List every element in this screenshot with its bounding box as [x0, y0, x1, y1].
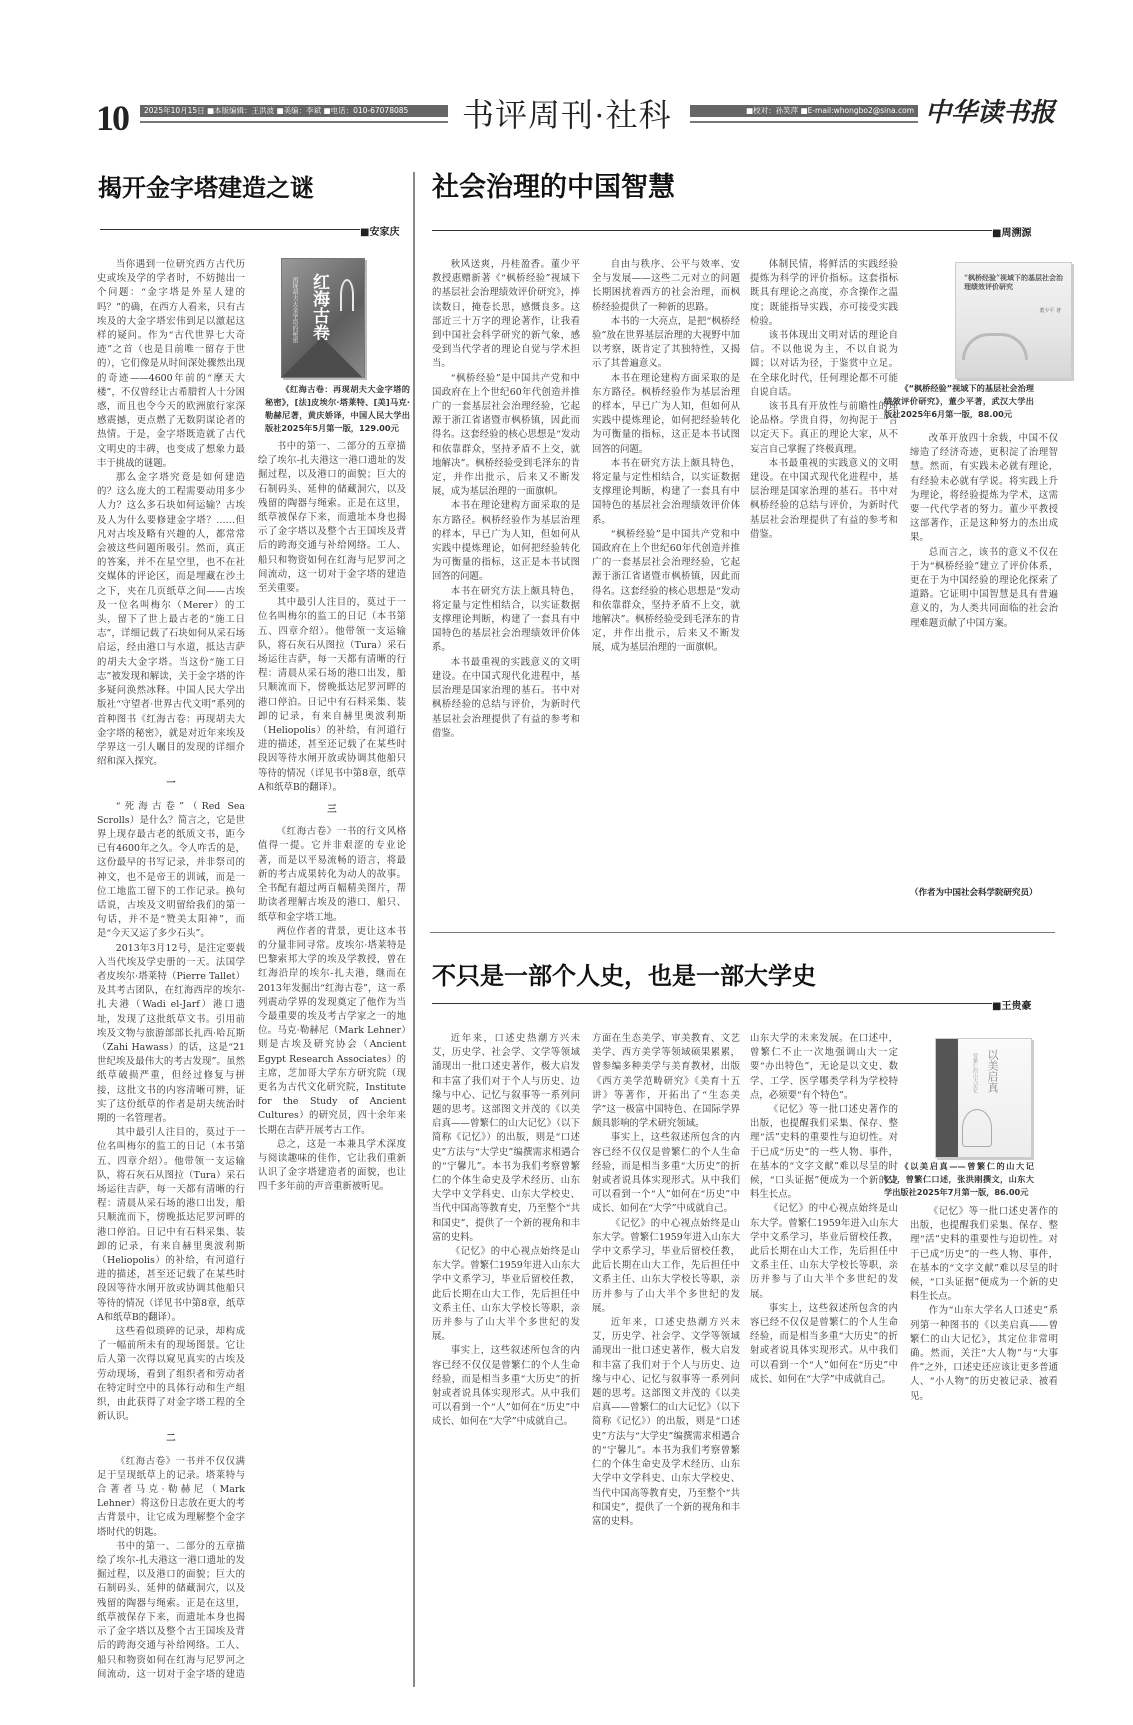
- byline-rule: [432, 230, 992, 231]
- paragraph: 《记忆》等一批口述史著作的出版，也提醒我们采集、保存、整理“活”史料的重要性与迫…: [750, 1103, 898, 1202]
- article-pyramid-column-2: 书中的第一、二部分的五章描绘了埃尔-扎夫港这一港口遗址的发掘过程，以及港口的面貌…: [258, 440, 406, 1678]
- caption-text: 《红海古卷：再现胡夫大金字塔的秘密》，[法]皮埃尔·塔莱特、[美]马克·勒赫尼著…: [265, 383, 410, 435]
- paragraph: 本书在研究方法上颇具特色，将定量与定性相结合，以实证数据支撑理论判断，构建了一套…: [432, 585, 580, 656]
- book-cover-title: “枫桥经验”视域下的基层社会治理绩效评价研究: [964, 273, 1064, 291]
- book-cover-subtitle: 曾繁仁的山大记忆: [972, 1053, 979, 1093]
- paragraph: 当你遇到一位研究西方古代历史或埃及学的学者时，不妨抛出一个问题：“金字塔是外星人…: [97, 258, 245, 471]
- article-governance-column-4: 改革开放四十余载，中国不仅缔造了经济奇迹，更积淀了治理智慧。然而，有实践未必就有…: [910, 432, 1058, 872]
- article-separator: [430, 932, 1055, 933]
- author-note: （作者为中国社会科学院研究员）: [910, 886, 1038, 898]
- headline-governance: 社会治理的中国智慧: [432, 170, 675, 206]
- pyramid-icon: [282, 337, 362, 377]
- page-number: 10: [96, 100, 128, 136]
- article-university-column-1: 近年来，口述史热潮方兴未艾，历史学、社会学、文学等领域涌现出一批口述史著作，极大…: [432, 1032, 580, 1680]
- paragraph: “枫桥经验”是中国共产党和中国政府在上个世纪60年代创造并推广的一套基层社会治理…: [592, 528, 740, 656]
- paragraph: 总而言之，该书的意义不仅在于为“枫桥经验”建立了评价体系，更在于为中国经验的理论…: [910, 546, 1058, 631]
- masthead-rule-right: [690, 121, 918, 123]
- proof-email-info: ■校对：孙笑萍 ■E-mail:whongbo2@sina.com: [690, 105, 918, 117]
- paragraph: 自由与秩序、公平与效率、安全与发展——这些二元对立的问题长期困扰着西方的社会治理…: [592, 258, 740, 315]
- paragraph: 《记忆》等一批口述史著作的出版，也提醒我们采集、保存、整理“活”史料的重要性与迫…: [910, 1205, 1058, 1304]
- paragraph: 其中最引人注目的，莫过于一位名叫梅尔的监工的日记（本书第五、四章介绍）。他带领一…: [97, 1126, 245, 1325]
- byline-university: ■王贵豪: [992, 997, 1031, 1012]
- article-governance-column-3: 体制民情，将鲜活的实践经验提炼为科学的评价指标。这套指标既具有理论之高度，亦含操…: [750, 258, 898, 898]
- book-cover-fengqiao: “枫桥经验”视域下的基层社会治理绩效评价研究 董少平 著: [955, 262, 1072, 379]
- ankh-icon: [340, 279, 354, 311]
- masthead-rule-left: [140, 121, 448, 123]
- date-editor-info: 2025年10月15日 ■本版编辑：王洪波 ■美编：李斌 ■电话：010-670…: [140, 105, 448, 117]
- paragraph: 本书最重视的实践意义的文明建设。在中国式现代化进程中，基层治理是国家治理的基石。…: [432, 656, 580, 741]
- paragraph: 作为“山东大学名人口述史”系列第一种图书的《以美启真——曾繁仁的山大记忆》，其定…: [910, 1304, 1058, 1403]
- paragraph: 事实上，这些叙述所包含的内容已经不仅仅是曾繁仁的个人生命经验，而是相当多重“大历…: [432, 1344, 580, 1429]
- paragraph: 那么金字塔究竟是如何建造的？这么庞大的工程需要动用多少人力？这么多石块如何运输？…: [97, 471, 245, 769]
- paragraph: 近年来，口述史热潮方兴未艾，历史学、社会学、文学等领域涌现出一批口述史著作，极大…: [432, 1032, 580, 1245]
- book-cover-title: 以美启真: [986, 1049, 998, 1093]
- paragraph: 书中的第一、二部分的五章描绘了埃尔-扎夫港这一港口遗址的发掘过程，以及港口的面貌…: [97, 1540, 245, 1678]
- book-cover-yimeiqizhen: 以美启真 曾繁仁的山大记忆: [935, 1038, 1032, 1158]
- paragraph: 体制民情，将鲜活的实践经验提炼为科学的评价指标。这套指标既具有理论之高度，亦含操…: [750, 258, 898, 329]
- section-numeral: 一: [97, 777, 245, 791]
- paragraph: “死海古卷”（Red Sea Scrolls）是什么？简言之，它是世界上现存最古…: [97, 800, 245, 942]
- paragraph: 事实上，这些叙述所包含的内容已经不仅仅是曾繁仁的个人生命经验，而是相当多重“大历…: [750, 1302, 898, 1387]
- section-numeral: 三: [258, 803, 406, 817]
- paragraph: 《红海古卷》一书的行文风格值得一提。它并非艰涩的专业论著，而是以平易流畅的语言，…: [258, 825, 406, 924]
- paragraph: 《记忆》的中心视点始终是山东大学。曾繁仁1959年进入山东大学中文系学习，毕业后…: [592, 1217, 740, 1316]
- paragraph: 《红海古卷》一书并不仅仅满足于呈现纸草上的记录。塔莱特与合著者马克·勒赫尼（Ma…: [97, 1455, 245, 1540]
- book-cover-subtitle: 再现胡夫大金字塔的秘密: [290, 277, 299, 343]
- paragraph: 近年来，口述史热潮方兴未艾，历史学、社会学、文学等领域涌现出一批口述史著作，极大…: [592, 1316, 740, 1529]
- article-pyramid-column-1: 当你遇到一位研究西方古代历史或埃及学的学者时，不妨抛出一个问题：“金字塔是外星人…: [97, 258, 245, 1678]
- book-caption-university: 《以美启真——曾繁仁的山大记忆》，曾繁仁口述，张洪刚撰文，山东大学出版社2025…: [884, 1160, 1034, 1199]
- article-university-column-3: 山东大学的未来发展。在口述中，曾繁仁不止一次地强调山大一定要“办出特色”，无论是…: [750, 1032, 898, 1680]
- book-caption-governance: 《“枫桥经验”视域下的基层社会治理绩效评价研究》，董少平著，武汉大学出版社202…: [884, 382, 1034, 421]
- book-spine: [936, 1039, 958, 1157]
- paragraph: 本书在理论建构方面采取的是东方路径。枫桥经验作为基层治理的样本，早已广为人知，但…: [432, 499, 580, 584]
- paragraph: 事实上，这些叙述所包含的内容已经不仅仅是曾繁仁的个人生命经验，而是相当多重“大历…: [592, 1131, 740, 1216]
- paragraph: 方面在生态美学、审美教育、文艺美学、西方美学等领域硕果累累，曾参编多种美学与美育…: [592, 1032, 740, 1131]
- paragraph: 2013年3月12号，是注定要载入当代埃及学史册的一天。法国学者皮埃尔·塔莱特（…: [97, 942, 245, 1127]
- article-university-column-2: 方面在生态美学、审美教育、文艺美学、西方美学等领域硕果累累，曾参编多种美学与美育…: [592, 1032, 740, 1680]
- book-cover-title: 红海古卷: [309, 273, 328, 341]
- headline-pyramid: 揭开金字塔建造之谜: [98, 172, 314, 204]
- paragraph: 《记忆》的中心视点始终是山东大学。曾繁仁1959年进入山东大学中文系学习，毕业后…: [750, 1202, 898, 1301]
- column-divider: [413, 172, 415, 1687]
- caption-text: 《“枫桥经验”视域下的基层社会治理绩效评价研究》，董少平著，武汉大学出版社202…: [884, 382, 1034, 421]
- book-cover-author: 董少平 著: [1039, 307, 1061, 314]
- bridge-icon: [962, 333, 1028, 360]
- article-governance-column-2: 自由与秩序、公平与效率、安全与发展——这些二元对立的问题长期困扰着西方的社会治理…: [592, 258, 740, 898]
- paragraph: 书中的第一、二部分的五章描绘了埃尔-扎夫港这一港口遗址的发掘过程，以及港口的面貌…: [258, 440, 406, 596]
- paragraph: 本书最重视的实践意义的文明建设。在中国式现代化进程中，基层治理是国家治理的基石。…: [750, 457, 898, 542]
- paragraph: 该书体现出文明对话的理论自信。不以他说为主，不以自说为圆；以对话为径，于鉴赏中立…: [750, 329, 898, 400]
- article-university-column-4: 《记忆》等一批口述史著作的出版，也提醒我们采集、保存、整理“活”史料的重要性与迫…: [910, 1205, 1058, 1680]
- section-title: 书评周刊·社科: [462, 96, 672, 134]
- paragraph: “枫桥经验”是中国共产党和中国政府在上个世纪60年代创造并推广的一套基层社会治理…: [432, 372, 580, 500]
- paragraph: 该书具有开放性与前瞻性的理论品格。学贵自得，勿拘泥于一言以定天下。真正的理论大家…: [750, 400, 898, 457]
- byline-rule: [100, 229, 360, 230]
- book-caption-pyramid: 《红海古卷：再现胡夫大金字塔的秘密》，[法]皮埃尔·塔莱特、[美]马克·勒赫尼著…: [265, 383, 410, 435]
- paragraph: 本书在理论建构方面采取的是东方路径。枫桥经验作为基层治理的样本，早已广为人知，但…: [592, 372, 740, 457]
- paragraph: 本书在研究方法上颇具特色，将定量与定性相结合，以实证数据支撑理论判断，构建了一套…: [592, 457, 740, 528]
- paragraph: 总之，这是一本兼具学术深度与阅读趣味的佳作，它让我们重新认识了金字塔建造者的面貌…: [258, 1138, 406, 1195]
- book-cover-red-sea-scrolls: 红海古卷 再现胡夫大金字塔的秘密: [281, 258, 365, 378]
- paragraph: 《记忆》的中心视点始终是山东大学。曾繁仁1959年进入山东大学中文系学习，毕业后…: [432, 1245, 580, 1344]
- paragraph: 山东大学的未来发展。在口述中，曾繁仁不止一次地强调山大一定要“办出特色”，无论是…: [750, 1032, 898, 1103]
- paragraph: 秋风送爽，丹桂盈香。董少平教授惠赠新著《“枫桥经验”视域下的基层社会治理绩效评价…: [432, 258, 580, 372]
- section-numeral: 二: [97, 1432, 245, 1446]
- portrait-illustration: [962, 1109, 992, 1147]
- newspaper-name: 中华读书报: [925, 96, 1055, 130]
- byline-pyramid: ■安家庆: [360, 223, 399, 238]
- paragraph: 这些看似琐碎的记录，却构成了一幅前所未有的现场图景。它让后人第一次得以窥见真实的…: [97, 1325, 245, 1424]
- paragraph: 其中最引人注目的，莫过于一位名叫梅尔的监工的日记（本书第五、四章介绍）。他带领一…: [258, 596, 406, 795]
- article-governance-column-1: 秋风送爽，丹桂盈香。董少平教授惠赠新著《“枫桥经验”视域下的基层社会治理绩效评价…: [432, 258, 580, 898]
- byline-rule: [432, 1003, 992, 1004]
- caption-text: 《以美启真——曾繁仁的山大记忆》，曾繁仁口述，张洪刚撰文，山东大学出版社2025…: [884, 1160, 1034, 1199]
- paragraph: 本书的一大亮点，是把“枫桥经验”放在世界基层治理的大视野中加以考察，既肯定了其独…: [592, 315, 740, 372]
- headline-university: 不只是一部个人史，也是一部大学史: [432, 960, 816, 992]
- paragraph: 改革开放四十余载，中国不仅缔造了经济奇迹，更积淀了治理智慧。然而，有实践未必就有…: [910, 432, 1058, 546]
- paragraph: 两位作者的背景，更让这本书的分量非同寻常。皮埃尔·塔莱特是巴黎索邦大学的埃及学教…: [258, 925, 406, 1138]
- byline-governance: ■周溯源: [992, 224, 1031, 239]
